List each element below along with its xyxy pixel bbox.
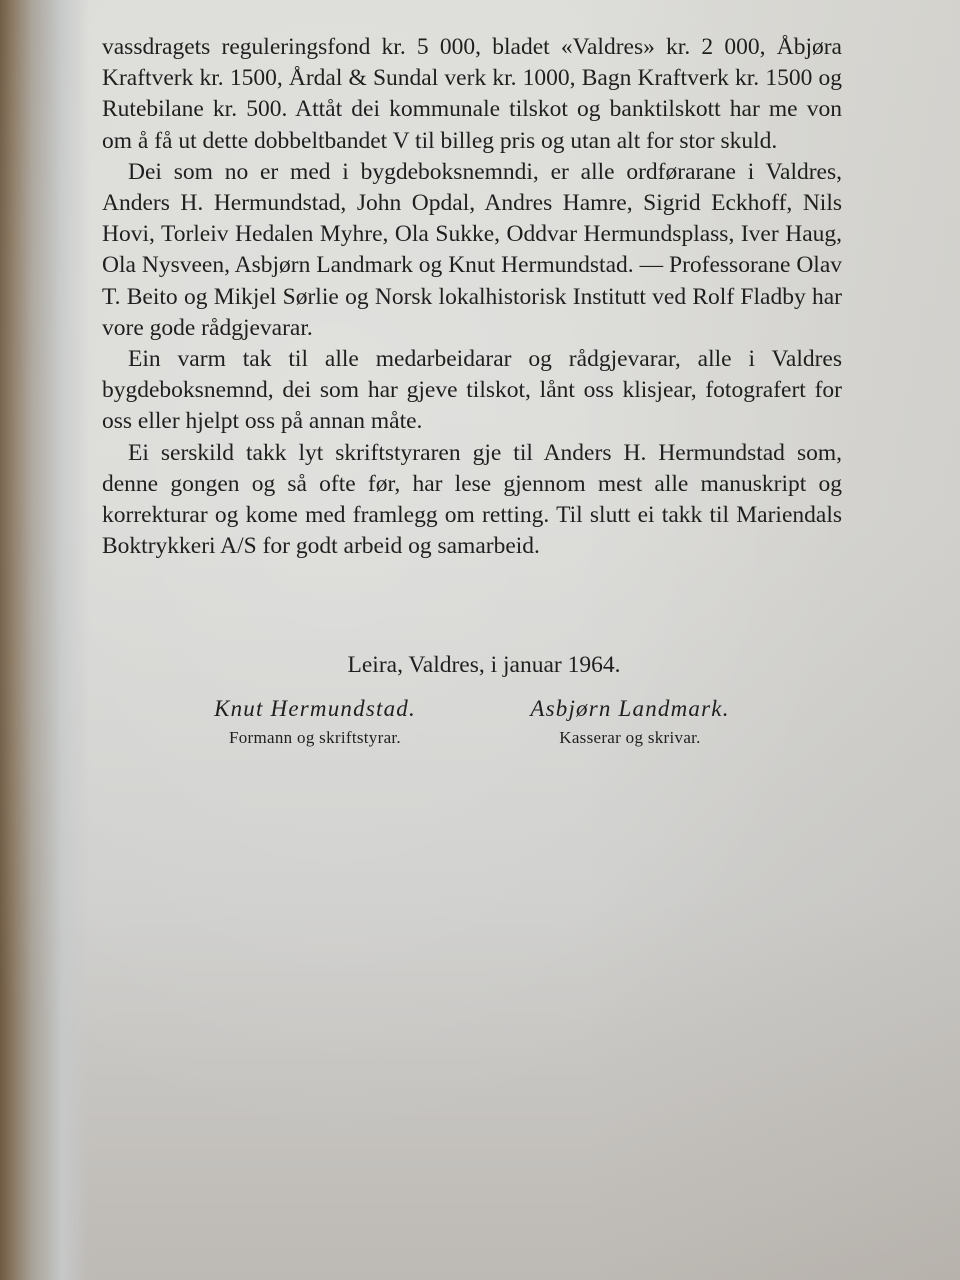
book-page: vassdragets reguleringsfond kr. 5 000, b… (0, 0, 960, 1280)
paragraph-thanks: Ein varm tak til alle medarbeidarar og r… (102, 344, 842, 438)
signature-role: Kasserar og skrivar. (495, 724, 765, 752)
body-text: vassdragets reguleringsfond kr. 5 000, b… (102, 32, 842, 562)
signature-name: Asbjørn Landmark. (495, 694, 765, 724)
signature-chairman: Knut Hermundstad. Formann og skriftstyra… (180, 694, 450, 752)
place-date-line: Leira, Valdres, i januar 1964. (0, 652, 960, 679)
paragraph-funding: vassdragets reguleringsfond kr. 5 000, b… (102, 32, 842, 157)
signature-role: Formann og skriftstyrar. (180, 724, 450, 752)
paragraph-special-thanks: Ei serskild takk lyt skriftstyraren gje … (102, 438, 842, 563)
signature-name: Knut Hermundstad. (180, 694, 450, 724)
paragraph-committee-members: Dei som no er med i bygdeboksnemndi, er … (102, 157, 842, 344)
signature-treasurer: Asbjørn Landmark. Kasserar og skrivar. (495, 694, 765, 752)
